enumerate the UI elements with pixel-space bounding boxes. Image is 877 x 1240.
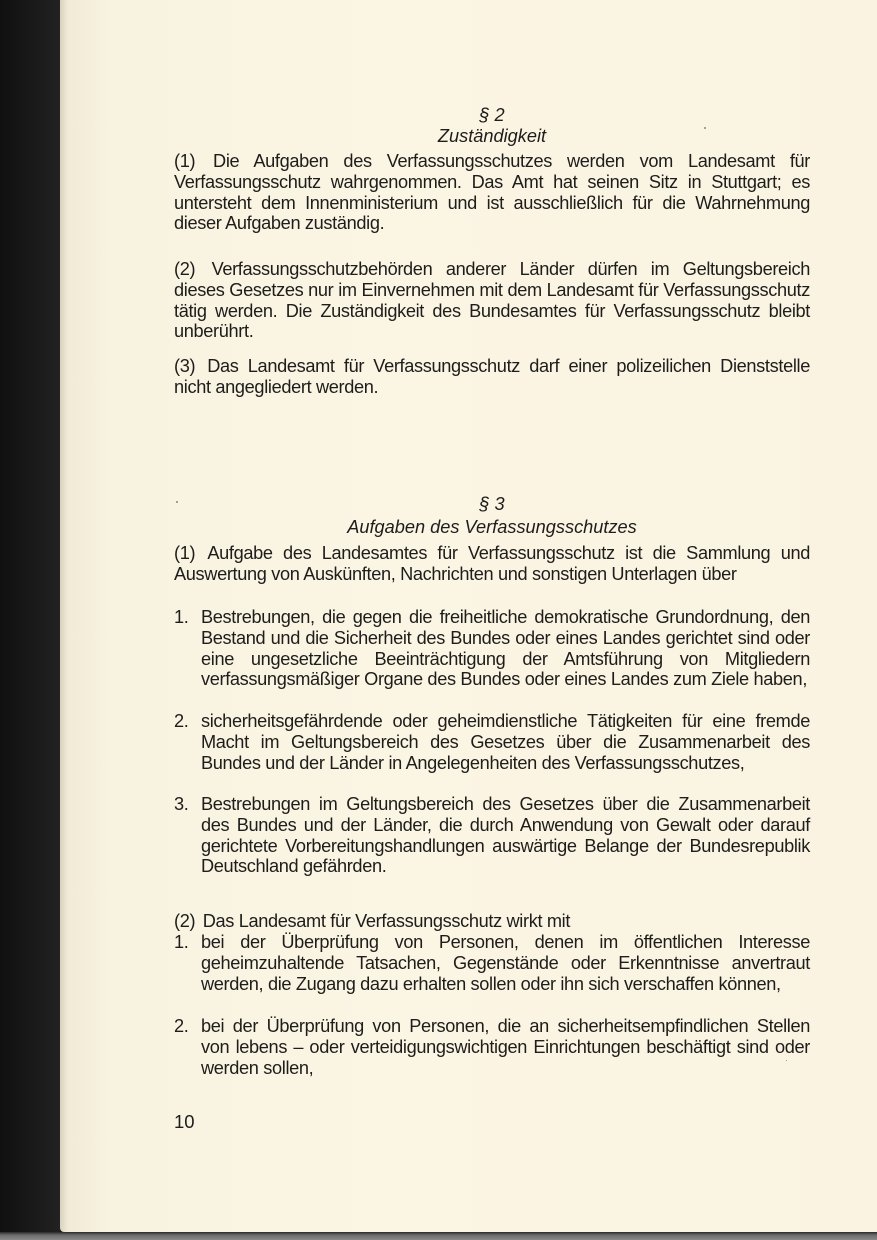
list-item: 3. Bestrebungen im Geltungsbereich des G…	[174, 794, 810, 877]
list-item: 1. bei der Überprüfung von Personen, den…	[174, 932, 810, 994]
list-item-number: 3.	[174, 794, 200, 815]
list-item-number: 1.	[174, 932, 200, 953]
paragraph-number: (1)	[174, 151, 198, 172]
list-item-text: sicherheitsgefährdende oder geheimdienst…	[201, 711, 810, 773]
list-item: 2. bei der Überprüfung von Personen, die…	[174, 1016, 810, 1078]
list-item-text: bei der Überprüfung von Personen, denen …	[201, 932, 810, 994]
list-item-number: 2.	[174, 711, 200, 732]
list-item-text: Bestrebungen, die gegen die freiheitlich…	[201, 607, 810, 690]
paragraph: (2) Das Landesamt für Verfassungsschutz …	[174, 911, 810, 932]
paragraph-text: Verfassungsschutzbehörden anderer Länder…	[174, 259, 810, 341]
paragraph-text: Das Landesamt für Verfassungsschutz wirk…	[203, 911, 570, 931]
list-item-text: bei der Überprüfung von Personen, die an…	[201, 1016, 810, 1078]
scan-bottom-edge	[0, 1232, 877, 1240]
list-item-number: 2.	[174, 1016, 200, 1037]
list-item-text: Bestrebungen im Geltungsbereich des Gese…	[201, 794, 810, 877]
paragraph: (3) Das Landesamt für Verfassungsschutz …	[174, 356, 810, 398]
paragraph-text: Aufgabe des Landesamtes für Verfassungss…	[174, 543, 810, 584]
section-title: Zuständigkeit	[174, 126, 810, 147]
section-title: Aufgaben des Verfassungsschutzes	[174, 517, 810, 538]
section-symbol: § 2	[174, 105, 810, 126]
paragraph: (1) Die Aufgaben des Verfassungsschutzes…	[174, 151, 810, 234]
paragraph-number: (2)	[174, 911, 198, 932]
paragraph-text: Die Aufgaben des Verfassungsschutzes wer…	[174, 151, 810, 233]
page-number: 10	[174, 1112, 195, 1132]
paragraph-text: Das Landesamt für Verfassungsschutz darf…	[174, 356, 810, 397]
paragraph-number: (2)	[174, 259, 198, 280]
paragraph: (1) Aufgabe des Landesamtes für Verfassu…	[174, 543, 810, 585]
section-symbol: § 3	[174, 494, 810, 515]
list-item: 1. Bestrebungen, die gegen die freiheitl…	[174, 607, 810, 690]
list-item: 2. sicherheitsgefährdende oder geheimdie…	[174, 711, 810, 773]
book-spine-shadow	[0, 0, 60, 1240]
paragraph-number: (3)	[174, 356, 198, 377]
paragraph: (2) Verfassungsschutzbehörden anderer Lä…	[174, 259, 810, 342]
paragraph-number: (1)	[174, 543, 198, 564]
list-item-number: 1.	[174, 607, 200, 628]
